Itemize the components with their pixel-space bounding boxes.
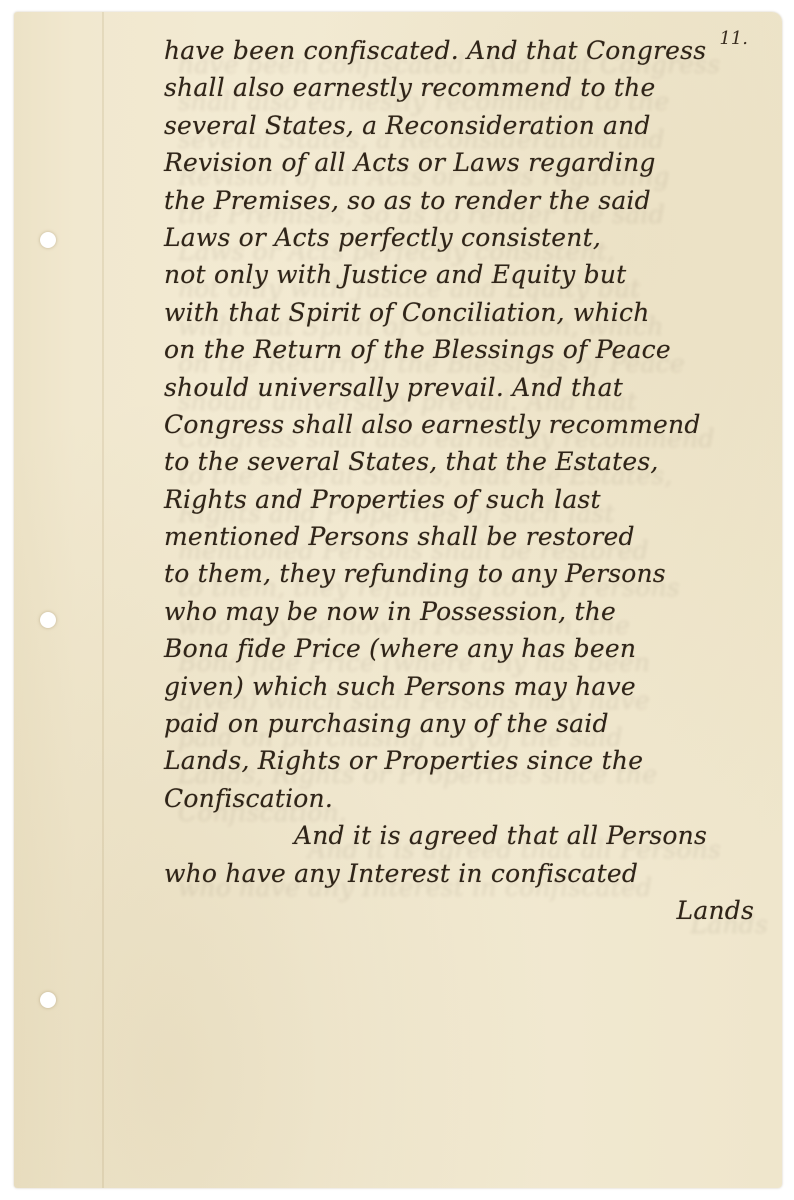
text-line: to the several States, that the Estates,: [164, 443, 784, 480]
text-line: Laws or Acts perfectly consistent,: [164, 219, 784, 256]
text-line: who have any Interest in confiscated: [164, 855, 784, 892]
text-line: Confiscation.: [164, 780, 784, 817]
catchword: Lands: [164, 892, 784, 929]
text-line: with that Spirit of Conciliation, which: [164, 294, 784, 331]
punch-hole: [40, 612, 56, 628]
text-line: mentioned Persons shall be restored: [164, 518, 784, 555]
text-line: Revision of all Acts or Laws regarding: [164, 144, 784, 181]
handwritten-text: have been confiscated. And that Congress…: [164, 32, 784, 929]
text-line: shall also earnestly recommend to the: [164, 69, 784, 106]
text-line: paid on purchasing any of the said: [164, 705, 784, 742]
text-line: the Premises, so as to render the said: [164, 182, 784, 219]
text-line: Congress shall also earnestly recommend: [164, 406, 784, 443]
paper-fold-line: [102, 12, 104, 1188]
text-line: to them, they refunding to any Persons: [164, 555, 784, 592]
text-line-paragraph-start: And it is agreed that all Persons: [164, 817, 784, 854]
text-line: Bona fide Price (where any has been: [164, 630, 784, 667]
text-line: given) which such Persons may have: [164, 668, 784, 705]
text-line: on the Return of the Blessings of Peace: [164, 331, 784, 368]
text-line: should universally prevail. And that: [164, 369, 784, 406]
text-line: Lands, Rights or Properties since the: [164, 742, 784, 779]
text-line: several States, a Reconsideration and: [164, 107, 784, 144]
text-line: have been confiscated. And that Congress: [164, 32, 784, 69]
manuscript-page: 11. have been confiscated. And that Cong…: [14, 12, 782, 1188]
punch-hole: [40, 232, 56, 248]
punch-hole: [40, 992, 56, 1008]
text-line: not only with Justice and Equity but: [164, 256, 784, 293]
text-line: Rights and Properties of such last: [164, 481, 784, 518]
text-line: who may be now in Possession, the: [164, 593, 784, 630]
